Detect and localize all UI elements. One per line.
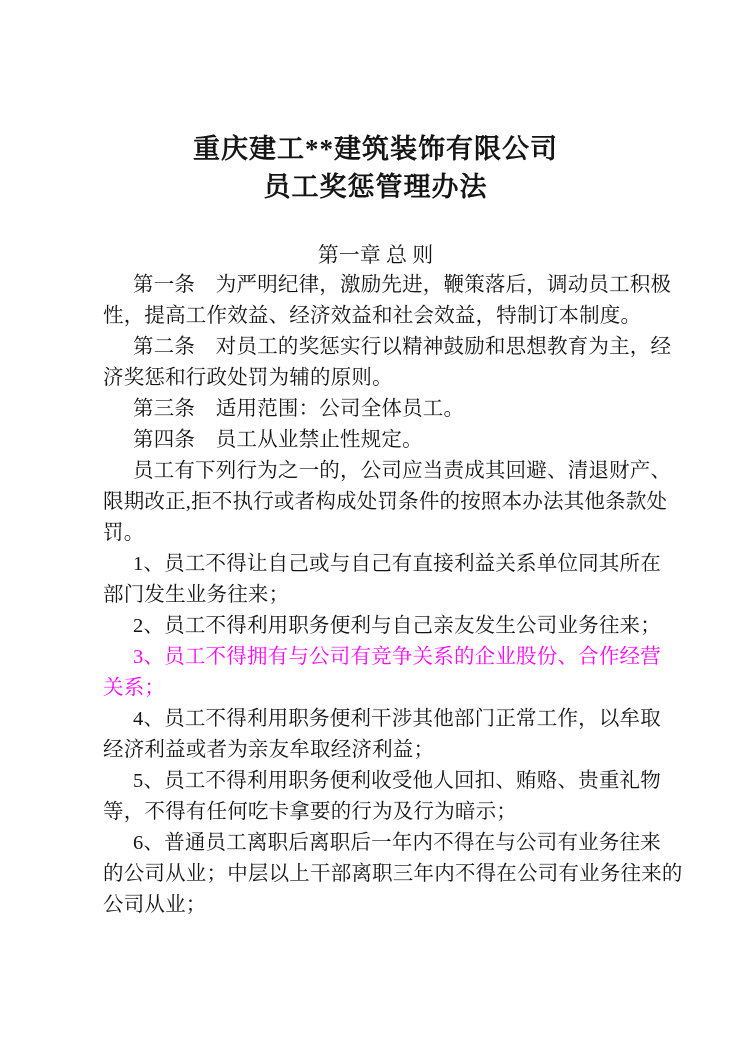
body-line-highlighted: 3、员工不得拥有与公司有竞争关系的企业股份、合作经营 bbox=[103, 642, 648, 673]
body-line: 2、员工不得利用职务便利与自己亲友发生公司业务往来； bbox=[103, 611, 648, 642]
document-content: 重庆建工**建筑装饰有限公司 员工奖惩管理办法 第一章 总 则 第一条 为严明纪… bbox=[0, 0, 744, 921]
body-line: 限期改正,拒不执行或者构成处罚条件的按照本办法其他条款处 bbox=[103, 487, 648, 518]
body-line-highlighted: 关系； bbox=[103, 673, 648, 704]
body-line: 罚。 bbox=[103, 518, 648, 549]
body-line: 第四条 员工从业禁止性规定。 bbox=[103, 425, 648, 456]
document-page: 重庆建工**建筑装饰有限公司 员工奖惩管理办法 第一章 总 则 第一条 为严明纪… bbox=[0, 0, 744, 1052]
document-title-line-1: 重庆建工**建筑装饰有限公司 bbox=[103, 130, 648, 168]
chapter-heading: 第一章 总 则 bbox=[103, 240, 648, 270]
body-line: 济奖惩和行政处罚为辅的原则。 bbox=[103, 363, 648, 394]
body-line: 4、员工不得利用职务便利干涉其他部门正常工作，以牟取 bbox=[103, 704, 648, 735]
body-line: 性，提高工作效益、经济效益和社会效益，特制订本制度。 bbox=[103, 301, 648, 332]
document-title-line-2: 员工奖惩管理办法 bbox=[103, 168, 648, 206]
body-line: 经济利益或者为亲友牟取经济利益； bbox=[103, 735, 648, 766]
body-line: 第二条 对员工的奖惩实行以精神鼓励和思想教育为主，经 bbox=[103, 332, 648, 363]
body-line: 员工有下列行为之一的，公司应当责成其回避、清退财产、 bbox=[103, 456, 648, 487]
body-line: 1、员工不得让自己或与自己有直接利益关系单位同其所在 bbox=[103, 549, 648, 580]
body-line: 第三条 适用范围：公司全体员工。 bbox=[103, 394, 648, 425]
document-body: 第一条 为严明纪律，激励先进，鞭策落后，调动员工积极性，提高工作效益、经济效益和… bbox=[103, 270, 648, 921]
body-line: 等，不得有任何吃卡拿要的行为及行为暗示； bbox=[103, 797, 648, 828]
body-line: 6、普通员工离职后离职后一年内不得在与公司有业务往来 bbox=[103, 828, 648, 859]
body-line: 部门发生业务往来； bbox=[103, 580, 648, 611]
body-line: 5、员工不得利用职务便利收受他人回扣、贿赂、贵重礼物 bbox=[103, 766, 648, 797]
body-line: 第一条 为严明纪律，激励先进，鞭策落后，调动员工积极 bbox=[103, 270, 648, 301]
body-line: 的公司从业；中层以上干部离职三年内不得在公司有业务往来的 bbox=[103, 859, 648, 890]
body-line: 公司从业； bbox=[103, 890, 648, 921]
